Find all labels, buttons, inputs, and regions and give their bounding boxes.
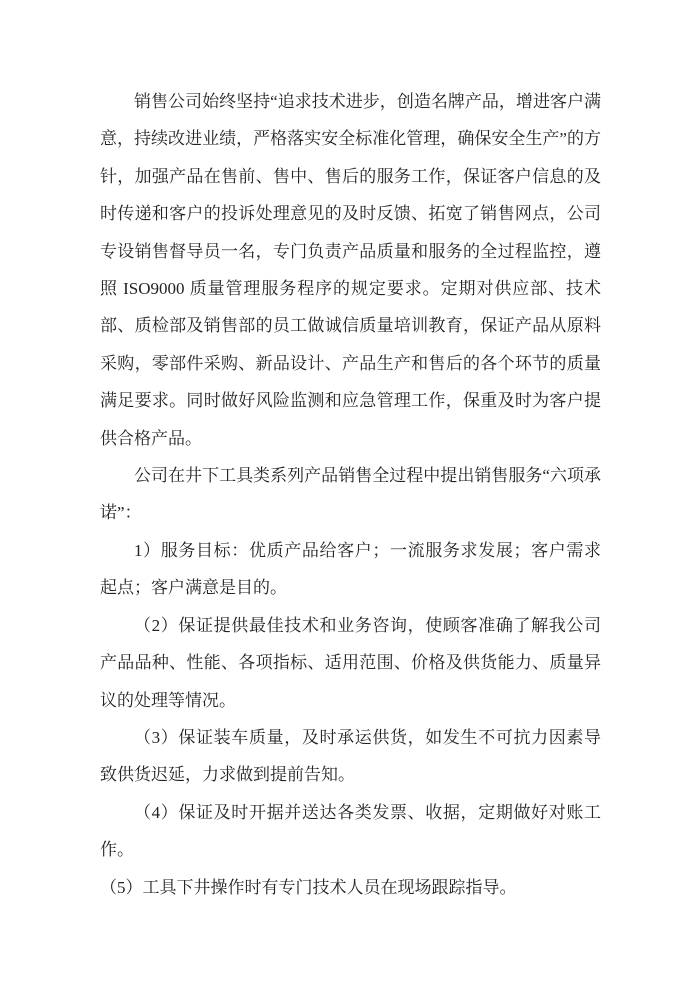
paragraph-promise-2: （2）保证提供最佳技术和业务咨询，使顾客准确了解我公司产品品种、性能、各项指标、… [100,607,601,719]
document-page: 销售公司始终坚持“追求技术进步，创造名牌产品，增进客户满意，持续改进业绩，严格落… [0,0,700,990]
document-body: 销售公司始终坚持“追求技术进步，创造名牌产品，增进客户满意，持续改进业绩，严格落… [100,83,601,906]
paragraph-promise-1: 1）服务目标：优质产品给客户；一流服务求发展；客户需求起点；客户满意是目的。 [100,532,601,607]
paragraph-promise-4: （4）保证及时开据并送达各类发票、收据，定期做好对账工作。 [100,794,601,869]
paragraph-sales-policy: 销售公司始终坚持“追求技术进步，创造名牌产品，增进客户满意，持续改进业绩，严格落… [100,83,601,457]
paragraph-six-promises-intro: 公司在井下工具类系列产品销售全过程中提出销售服务“六项承诺”： [100,457,601,532]
paragraph-promise-3: （3）保证装车质量，及时承运供货，如发生不可抗力因素导致供货迟延，力求做到提前告… [100,719,601,794]
paragraph-promise-5: （5）工具下井操作时有专门技术人员在现场跟踪指导。 [100,869,601,906]
